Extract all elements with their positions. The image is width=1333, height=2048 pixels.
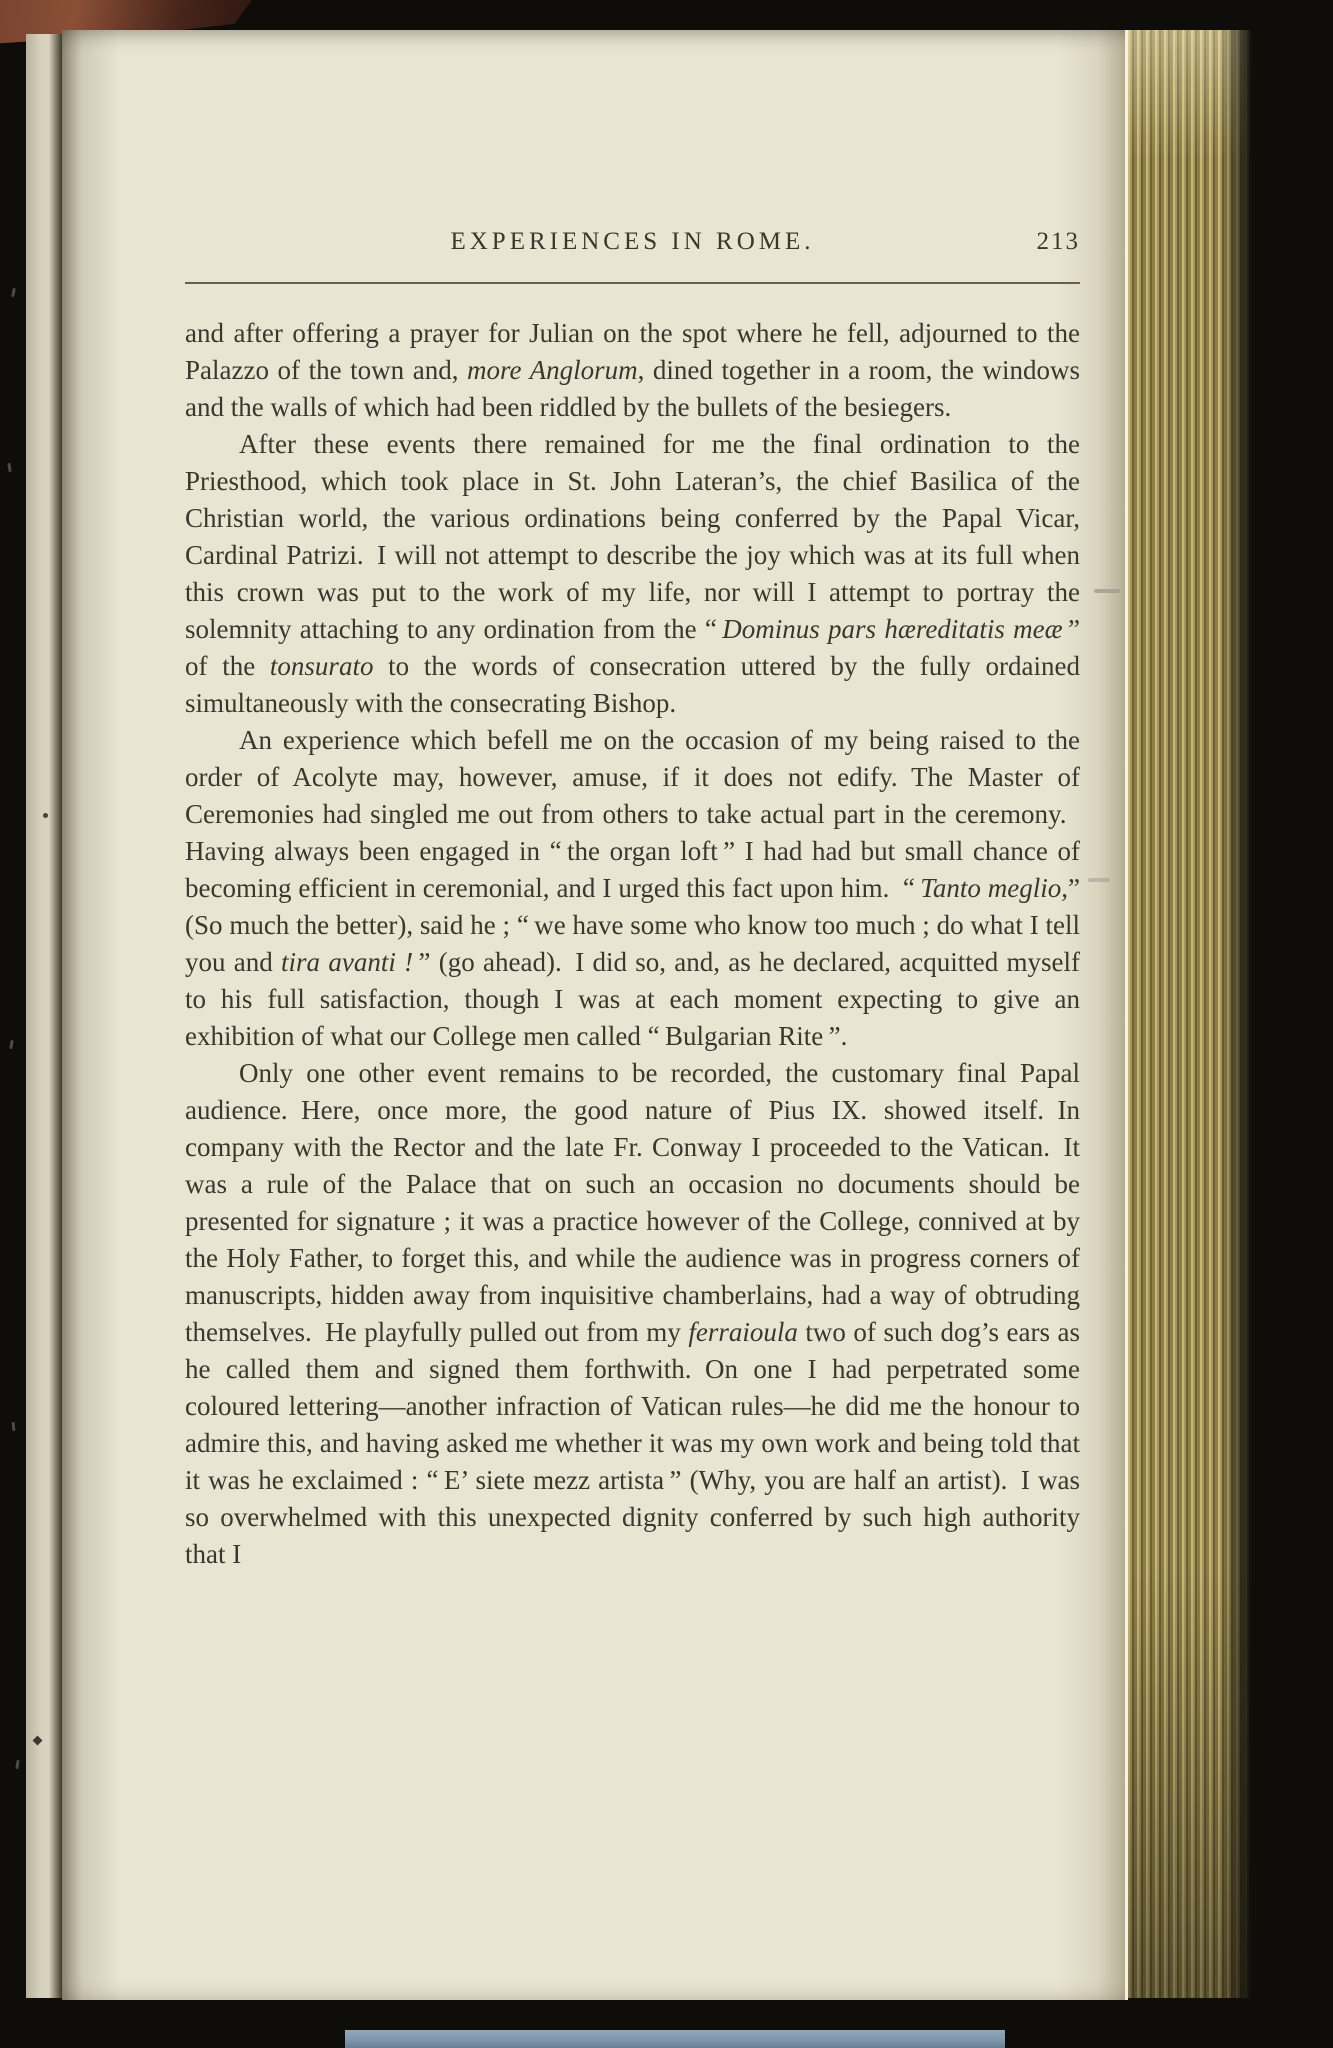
scan-artifact: [43, 813, 48, 818]
book-fore-edge: [1128, 30, 1252, 1998]
scan-artifact: [11, 288, 16, 297]
scan-artifact: [1088, 878, 1110, 882]
page-body: and after offering a prayer for Julian o…: [185, 315, 1080, 1573]
paragraph-2: After these events there remained for me…: [185, 426, 1080, 722]
paragraph-4: Only one other event remains to be recor…: [185, 1055, 1080, 1573]
scan-cradle-bar: [345, 2030, 1005, 2048]
paragraph-1: and after offering a prayer for Julian o…: [185, 315, 1080, 426]
scan-artifact: [12, 1422, 16, 1431]
page-title: EXPERIENCES IN ROME.: [450, 228, 814, 256]
running-header: EXPERIENCES IN ROME. 213: [185, 220, 1080, 256]
scan-artifact: [15, 1760, 19, 1769]
book-page: EXPERIENCES IN ROME. 213 and after offer…: [62, 30, 1128, 2000]
page-content: EXPERIENCES IN ROME. 213 and after offer…: [185, 30, 1080, 1573]
header-rule: [185, 282, 1080, 284]
scan-artifact: [1094, 589, 1120, 593]
adjacent-page-edge: [26, 34, 64, 1998]
page-number: 213: [1037, 228, 1081, 256]
paragraph-3: An experience which befell me on the occ…: [185, 722, 1080, 1055]
book-scan: EXPERIENCES IN ROME. 213 and after offer…: [0, 0, 1333, 2048]
scan-artifact: [7, 463, 11, 472]
scan-artifact: [9, 1040, 14, 1049]
